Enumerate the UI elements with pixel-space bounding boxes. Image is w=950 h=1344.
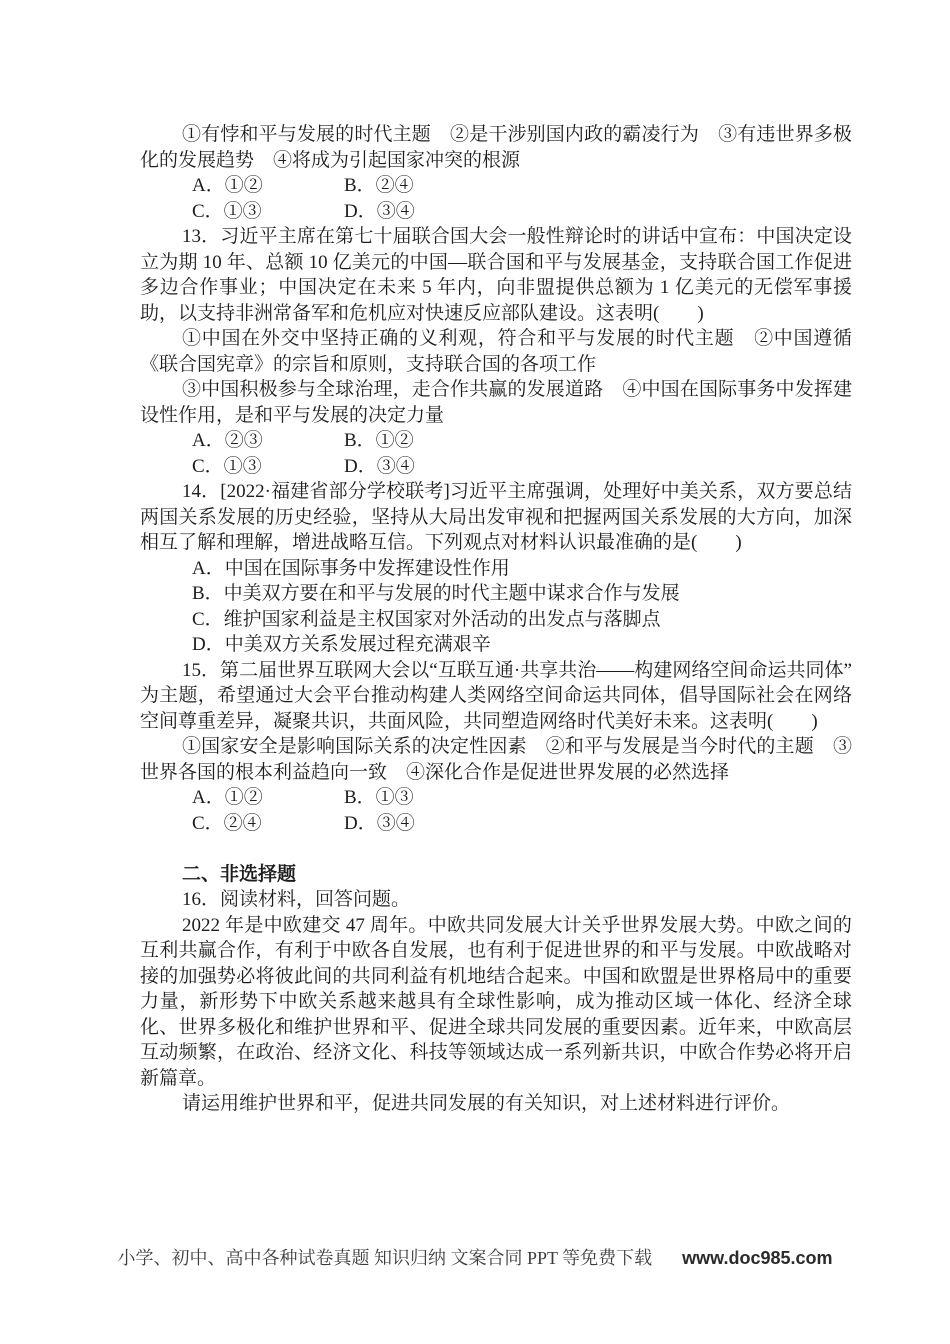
q13-option-a: A．②③ [192,428,344,454]
text-segment: 彼此 [275,966,314,987]
text-segment: 进 [448,1017,467,1038]
text-segment: 高 [814,1017,833,1038]
text-segment: 展，也有利于促 [429,940,564,961]
q13-stem: 13．习近平主席在第七十届联合国大会一般性辩论时的讲话中宣布：中国决定设立为期 … [140,224,852,326]
text-segment: 欧 [775,940,794,961]
q12-choice-items: ①有悖和平与发展的时代主题 ②是干涉别国内政的霸凌行为 ③有违世界多极化的发展趋… [140,122,852,173]
exam-page: ①有悖和平与发展的时代主题 ②是干涉别国内政的霸凌行为 ③有违世界多极化的发展趋… [0,0,950,1344]
section-2-heading: 二、非选择题 [140,862,852,888]
text-segment: 欧 [447,915,466,936]
text-segment: 14．[2022·福建省 [182,481,329,502]
text-segment: 文化、科技等 [352,1042,467,1063]
text-segment: 识 [640,1042,659,1063]
text-segment: 将开启 [794,1042,852,1063]
text-segment: 部分学校联考 [329,481,444,502]
q14-option-d: D．中美双方关系发展过程充满艰辛 [140,632,852,658]
q15-option-d: D．③④ [344,811,415,837]
text-segment: 关乎世界 [582,915,659,936]
text-segment: 发展 [659,915,698,936]
text-segment: 合作 [717,1042,756,1063]
text-segment: 经济 [773,991,813,1012]
text-segment: 建交 47 周年。中 [302,915,447,936]
text-segment: 各自 [371,940,410,961]
text-segment: 必 [775,1042,794,1063]
text-segment: 之 [794,915,813,936]
text-segment: 必 [236,966,255,987]
q14-option-b: B．中美双方要在和平与发展的时代主题中谋求合作与发展 [140,581,852,607]
text-segment: 动区 [635,991,675,1012]
text-segment: 结 [486,966,505,987]
text-segment: 全球共同 [467,1017,544,1038]
text-segment: 2022 年是中 [182,915,283,936]
q15-option-row-1: A．①② B．①③ [140,785,852,811]
text-segment: ，中 [756,1017,795,1038]
text-segment: 展的重要因素。近年 [563,1017,736,1038]
q12-option-d: D．③④ [344,199,415,225]
text-segment: 接的加强 [140,966,217,987]
q14-stem: 14．[2022·福建省部分学校联考]习近平主席强调，处理好中美关系，双方要总结… [140,479,852,556]
text-segment: 赢 [198,940,217,961]
text-segment: 对 [833,940,852,961]
text-segment: 发展 [505,915,544,936]
footer-text: 小学、初中、高中各种试卷真题 知识归纳 文案合同 PPT 等免费下载 [117,1248,652,1268]
text-segment: 推 [615,991,635,1012]
text-segment: 来 [737,1017,756,1038]
text-segment: 为 [595,991,615,1012]
text-segment: 越具有全球性影 [397,991,536,1012]
text-segment: 势 [717,915,736,936]
text-segment: 化和 [255,1017,294,1038]
text-segment: ，中 [660,1042,699,1063]
text-segment: 战略 [794,940,833,961]
document-body: ①有悖和平与发展的时代主题 ②是干涉别国内政的霸凌行为 ③有违世界多极化的发展趋… [140,122,852,1117]
text-segment: 欧 [352,940,371,961]
text-segment: 互 [140,1042,159,1063]
q12-option-a: A．①② [192,173,344,199]
text-segment: 极 [236,1017,255,1038]
page-footer: 小学、初中、高中各种试卷真题 知识归纳 文案合同 PPT 等免费下载www.do… [0,1246,950,1270]
text-segment: 将 [255,966,274,987]
q13-option-row-2: C．①③ D．③④ [140,454,852,480]
text-segment: 层 [833,1017,852,1038]
q15-option-a: A．①② [192,785,344,811]
q14-option-c: C．维护国家利益是主权国家对外活动的出发点与落脚点 [140,607,852,633]
text-segment: 欧 [298,991,318,1012]
text-segment: 欧 [640,966,659,987]
q12-option-c: C．①③ [192,199,344,225]
text-segment: 。中国和 [563,966,640,987]
q16-stem: 16．阅读材料，回答问题。 [140,887,852,913]
text-segment: 关系越 [318,991,377,1012]
text-segment: 响 [536,991,556,1012]
text-segment: 来 [544,966,563,987]
q13-option-row-1: A．②③ B．①② [140,428,852,454]
q15-option-b: B．①③ [344,785,414,811]
text-segment: 发 [409,940,428,961]
q13-option-d: D．③④ [344,454,415,480]
q16-material: 2022 年是中欧建交 47 周年。中欧共同发展大计关乎世界发展大势。中欧之间的… [140,913,852,1092]
text-segment: 势 [756,1042,775,1063]
text-segment: 间 [814,915,833,936]
text-segment: 合起 [506,966,545,987]
q12-option-row-1: A．①② B．②④ [140,173,852,199]
q15-choice-items: ①国家安全是影响国际关系的决定性因素 ②和平与发展是当今时代的主题 ③世界各国的… [140,734,852,785]
text-segment: 共同 [466,915,505,936]
q15-option-row-2: C．②④ D．③④ [140,811,852,837]
text-segment: 与发 [679,940,718,961]
text-segment: 世界的和平 [583,940,679,961]
text-segment: 欧 [794,1017,813,1038]
q12-option-row-2: C．①③ D．③④ [140,199,852,225]
q12-option-b: B．②④ [344,173,414,199]
q14-option-a: A．中国在国际事务中发挥建设性作用 [140,556,852,582]
q13-choice-items-34: ③中国积极参与全球治理，走合作共赢的发展道路 ④中国在国际事务中发挥建设性作用，… [140,377,852,428]
text-segment: 经济 [313,1042,352,1063]
text-segment: 欧 [775,915,794,936]
text-segment: 大 [543,915,562,936]
q13-option-b: B．①② [344,428,414,454]
text-segment: ，成 [556,991,596,1012]
text-segment: 大 [698,915,717,936]
text-segment: 的共同利益有机地 [332,966,486,987]
q15-option-c: C．②④ [192,811,344,837]
text-segment: 成一系列新共 [525,1042,640,1063]
text-segment: 新篇章。 [140,1068,216,1089]
text-segment: 发 [544,1017,563,1038]
text-segment: 世界和平、促 [332,1017,447,1038]
text-segment: 进 [563,940,582,961]
text-segment: 维护 [294,1017,333,1038]
text-segment: 展。中 [717,940,775,961]
q13-choice-items-12: ①中国在外交中坚持正确的义利观，符合和平与发展的时代主题 ②中国遵循《联合国宪章… [140,326,852,377]
q15-stem: 15．第二届世界互联网大会以“互联互通·共享共治——构建网络空间命运共同体”为主… [140,658,852,735]
text-segment: 欧 [283,915,302,936]
text-segment: 动 [159,1042,178,1063]
text-segment: 域一体化、 [674,991,773,1012]
text-segment: 下中 [259,991,299,1012]
text-segment: 势 [217,966,236,987]
text-segment: 领域达 [467,1042,525,1063]
text-segment: 来 [378,991,398,1012]
text-segment: 欧 [698,1042,717,1063]
text-segment: 计 [563,915,582,936]
text-segment: 频繁，在政治、 [179,1042,314,1063]
text-segment: 合作，有利于中 [217,940,352,961]
q13-option-c: C．①③ [192,454,344,480]
text-segment: 。中 [736,915,775,936]
footer-site-url: www.doc985.com [682,1248,832,1268]
text-segment: 势 [239,991,259,1012]
q16-task: 请运用维护世界和平，促进共同发展的有关知识，对上述材料进行评价。 [140,1091,852,1117]
text-segment: 间 [313,966,332,987]
